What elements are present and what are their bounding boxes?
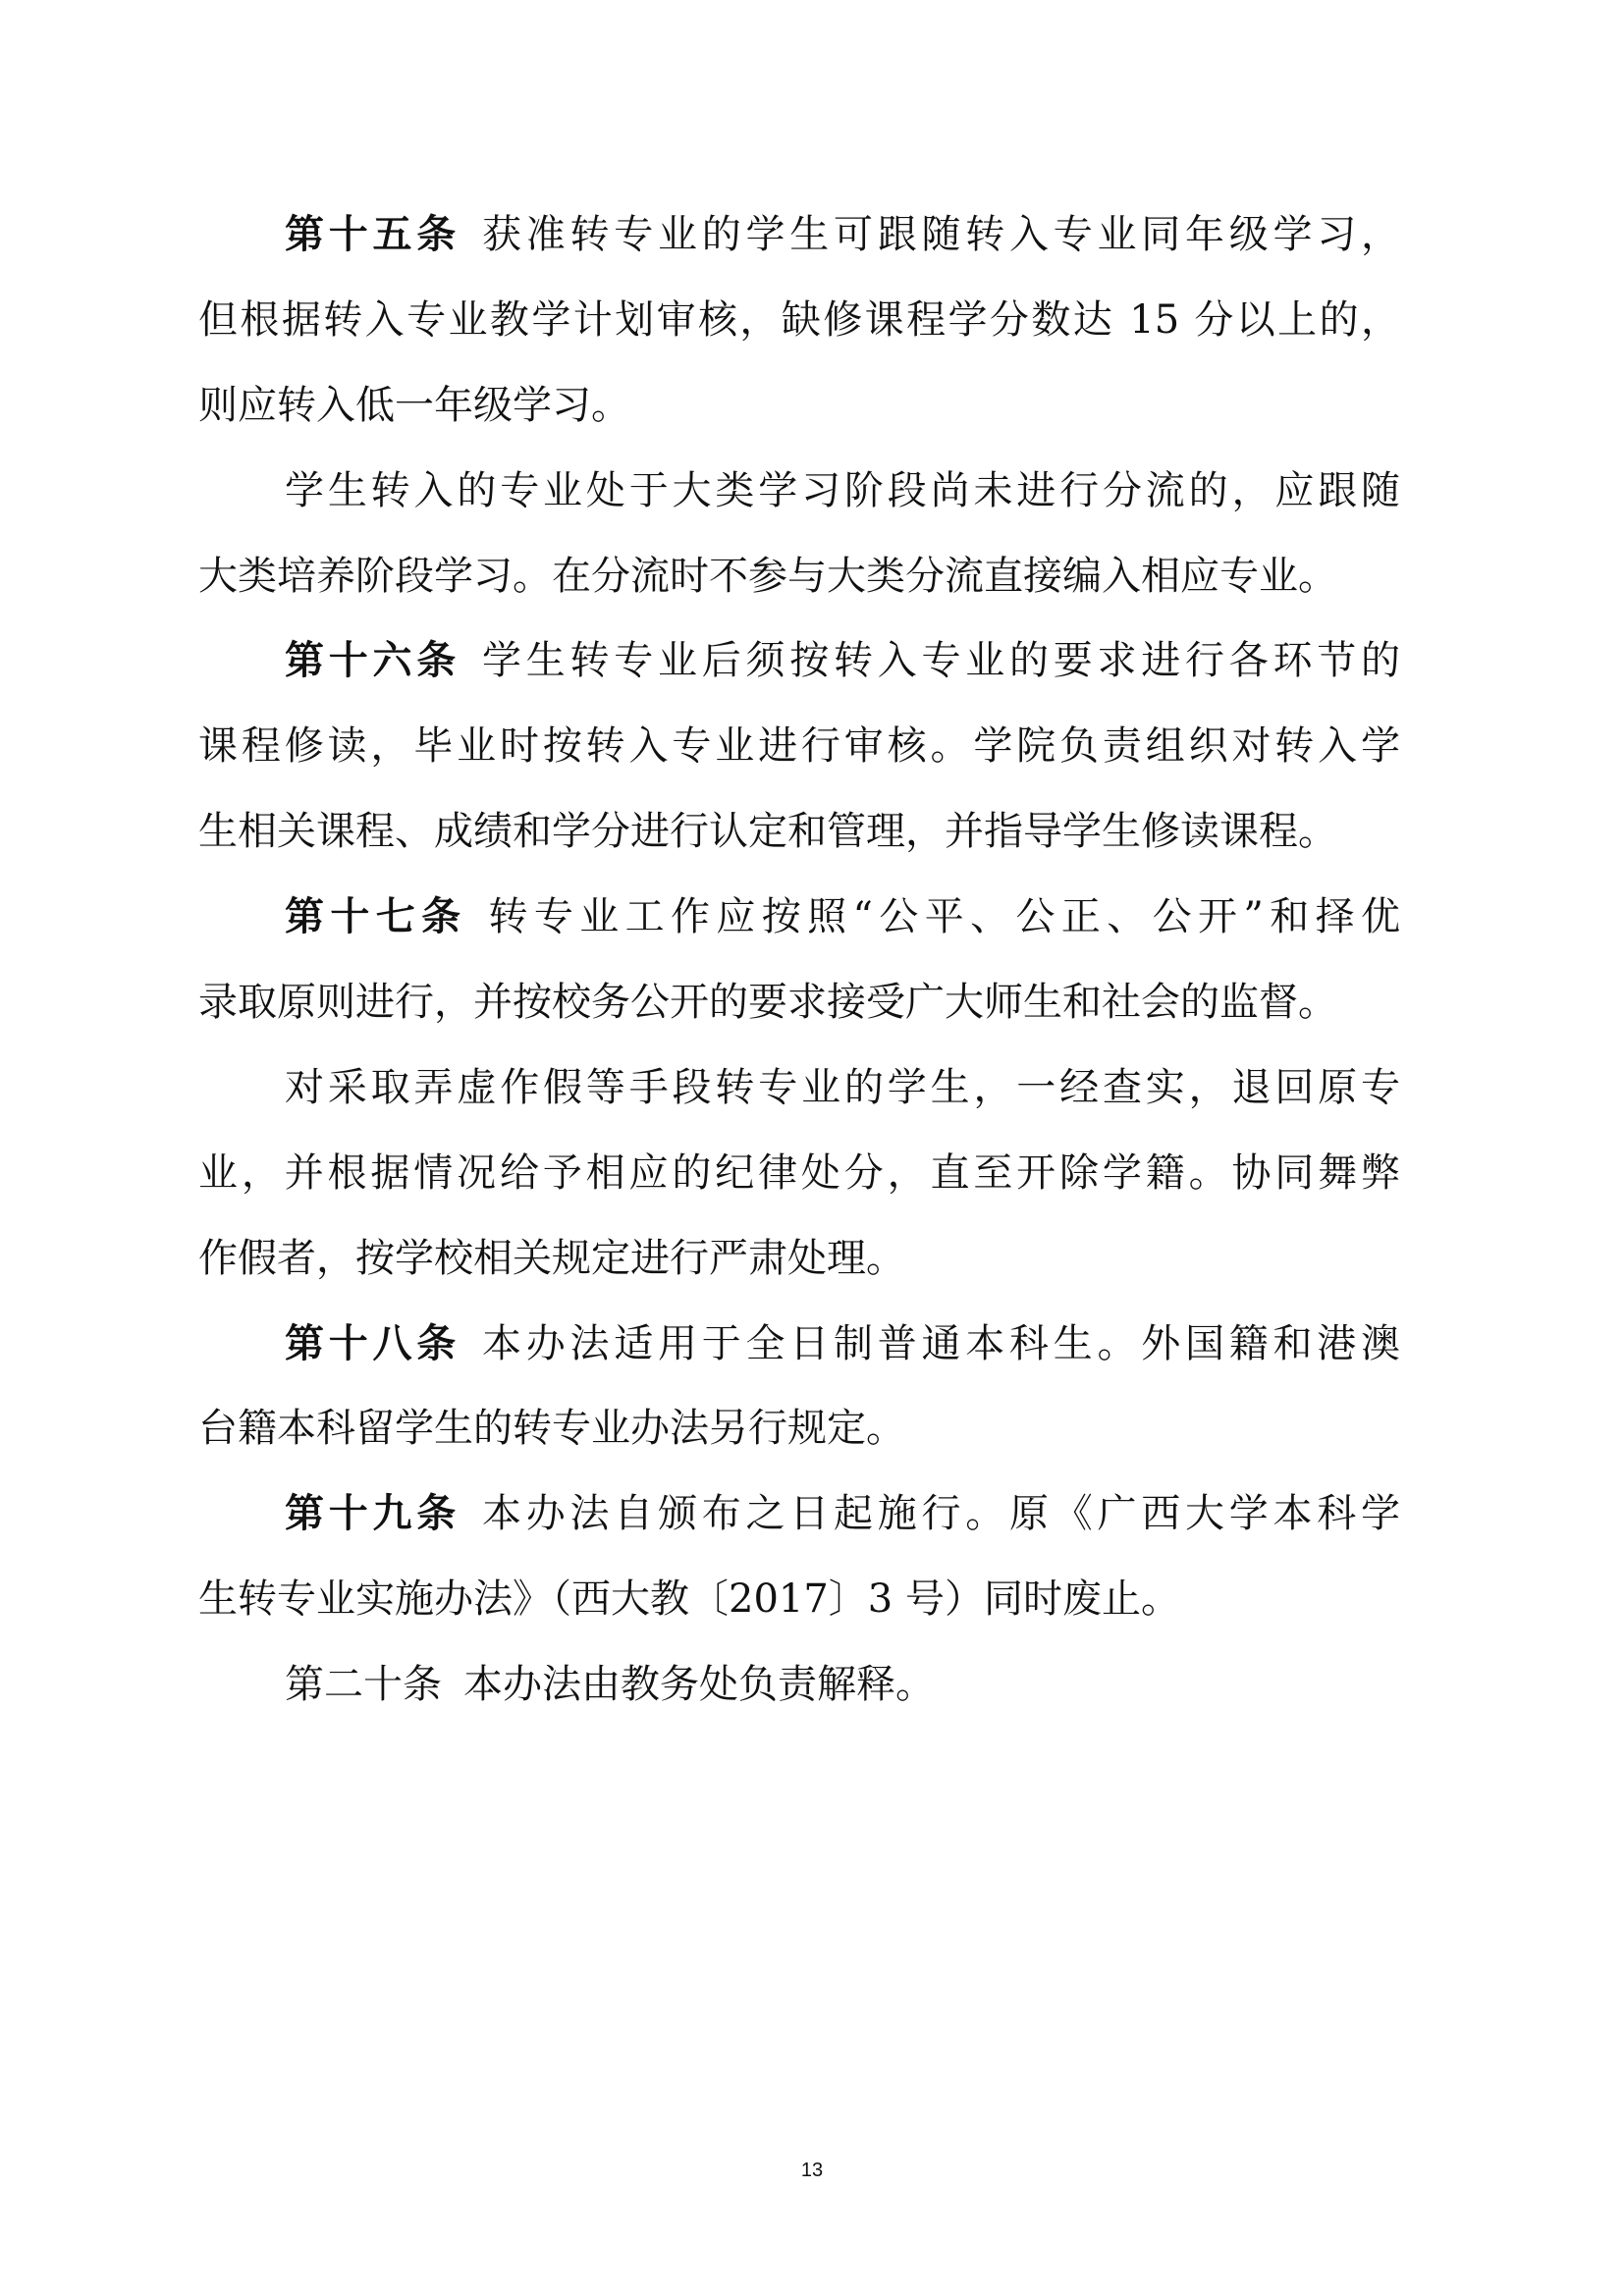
article-18-line-1: 第十八条本办法适用于全日制普通本科生。外国籍和港澳 (198, 1308, 1400, 1394)
article-20-line-1: 第二十条本办法由教务处负责解释。 (198, 1649, 1400, 1735)
article-15-line-2: 但根据转入专业教学计划审核，缺修课程学分数达 15 分以上的， (198, 285, 1400, 370)
article-heading: 第十八条 (285, 1321, 460, 1366)
article-text: 本办法适用于全日制普通本科生。外国籍和港澳 (482, 1321, 1400, 1366)
article-17-para-2-line-1: 对采取弄虚作假等手段转专业的学生，一经查实，退回原专 (198, 1052, 1400, 1138)
article-heading: 第十五条 (285, 212, 460, 257)
article-17-line-1: 第十七条转专业工作应按照“公平、公正、公开”和择优 (198, 881, 1400, 967)
document-body: 第十五条获准转专业的学生可跟随转入专业同年级学习， 但根据转入专业教学计划审核，… (198, 199, 1400, 1735)
article-15-line-3: 则应转入低一年级学习。 (198, 370, 1400, 455)
article-17-para-2-line-3: 作假者，按学校相关规定进行严肃处理。 (198, 1223, 1400, 1308)
article-17-line-2: 录取原则进行，并按校务公开的要求接受广大师生和社会的监督。 (198, 967, 1400, 1052)
article-15-line-1: 第十五条获准转专业的学生可跟随转入专业同年级学习， (198, 199, 1400, 285)
article-16-line-2: 课程修读，毕业时按转入专业进行审核。学院负责组织对转入学 (198, 711, 1400, 796)
article-17-para-2-line-2: 业，并根据情况给予相应的纪律处分，直至开除学籍。协同舞弊 (198, 1138, 1400, 1223)
article-text: 学生转专业后须按转入专业的要求进行各环节的 (482, 638, 1400, 683)
article-15-para-2-line-1: 学生转入的专业处于大类学习阶段尚未进行分流的，应跟随 (198, 455, 1400, 541)
document-page: 第十五条获准转专业的学生可跟随转入专业同年级学习， 但根据转入专业教学计划审核，… (0, 0, 1624, 2296)
article-19-line-2: 生转专业实施办法》（西大教〔2017〕3 号）同时废止。 (198, 1564, 1400, 1649)
article-text: 本办法自颁布之日起施行。原《广西大学本科学 (482, 1491, 1400, 1536)
article-19-line-1: 第十九条本办法自颁布之日起施行。原《广西大学本科学 (198, 1478, 1400, 1564)
article-18-line-2: 台籍本科留学生的转专业办法另行规定。 (198, 1393, 1400, 1478)
article-heading: 第十七条 (285, 894, 467, 939)
article-text: 本办法由教务处负责解释。 (463, 1662, 935, 1707)
article-text: 转专业工作应按照“公平、公正、公开”和择优 (489, 894, 1400, 939)
article-16-line-1: 第十六条学生转专业后须按转入专业的要求进行各环节的 (198, 625, 1400, 711)
article-15-para-2-line-2: 大类培养阶段学习。在分流时不参与大类分流直接编入相应专业。 (198, 541, 1400, 626)
article-heading: 第二十条 (285, 1662, 442, 1707)
article-16-line-3: 生相关课程、成绩和学分进行认定和管理，并指导学生修读课程。 (198, 796, 1400, 881)
page-number: 13 (0, 2160, 1624, 2182)
article-text: 获准转专业的学生可跟随转入专业同年级学习， (482, 212, 1400, 257)
article-heading: 第十九条 (285, 1491, 460, 1536)
article-heading: 第十六条 (285, 638, 460, 683)
